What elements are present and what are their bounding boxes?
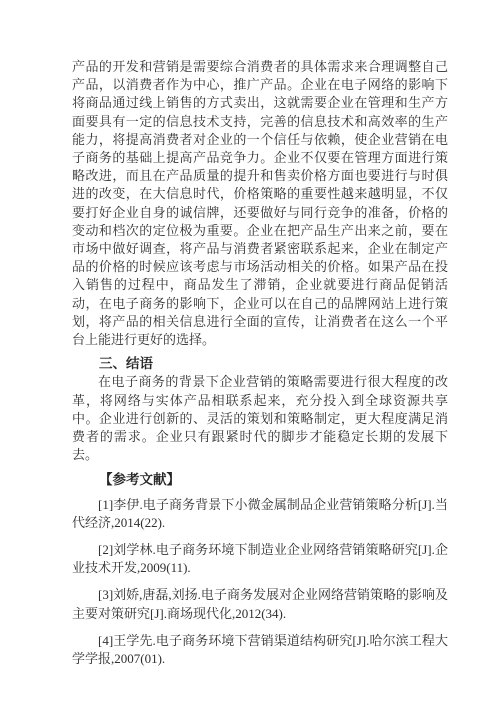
references-heading: 【参考文献】 (72, 471, 448, 489)
conclusion-heading: 三、结语 (72, 355, 448, 373)
document-page: 产品的开发和营销是需要综合消费者的具体需求来合理调整自己产品，以消费者作为中心，… (0, 0, 500, 708)
document-content: 产品的开发和营销是需要综合消费者的具体需求来合理调整自己产品，以消费者作为中心，… (72, 58, 448, 668)
reference-item-2: [2]刘学林.电子商务环境下制造业企业网络营销策略研究[J].企业技术开发,20… (72, 541, 448, 577)
reference-item-1: [1]李伊.电子商务背景下小微金属制品企业营销策略分析[J].当代经济,2014… (72, 496, 448, 532)
reference-item-4: [4]王学先.电子商务环境下营销渠道结构研究[J].哈尔滨工程大学学报,2007… (72, 632, 448, 668)
conclusion-paragraph: 在电子商务的背景下企业营销的策略需要进行很大程度的改革，将网络与实体产品相联系起… (72, 373, 448, 464)
body-paragraph: 产品的开发和营销是需要综合消费者的具体需求来合理调整自己产品，以消费者作为中心，… (72, 58, 448, 349)
reference-item-3: [3]刘娇,唐磊,刘扬.电子商务发展对企业网络营销策略的影响及主要对策研究[J]… (72, 586, 448, 622)
